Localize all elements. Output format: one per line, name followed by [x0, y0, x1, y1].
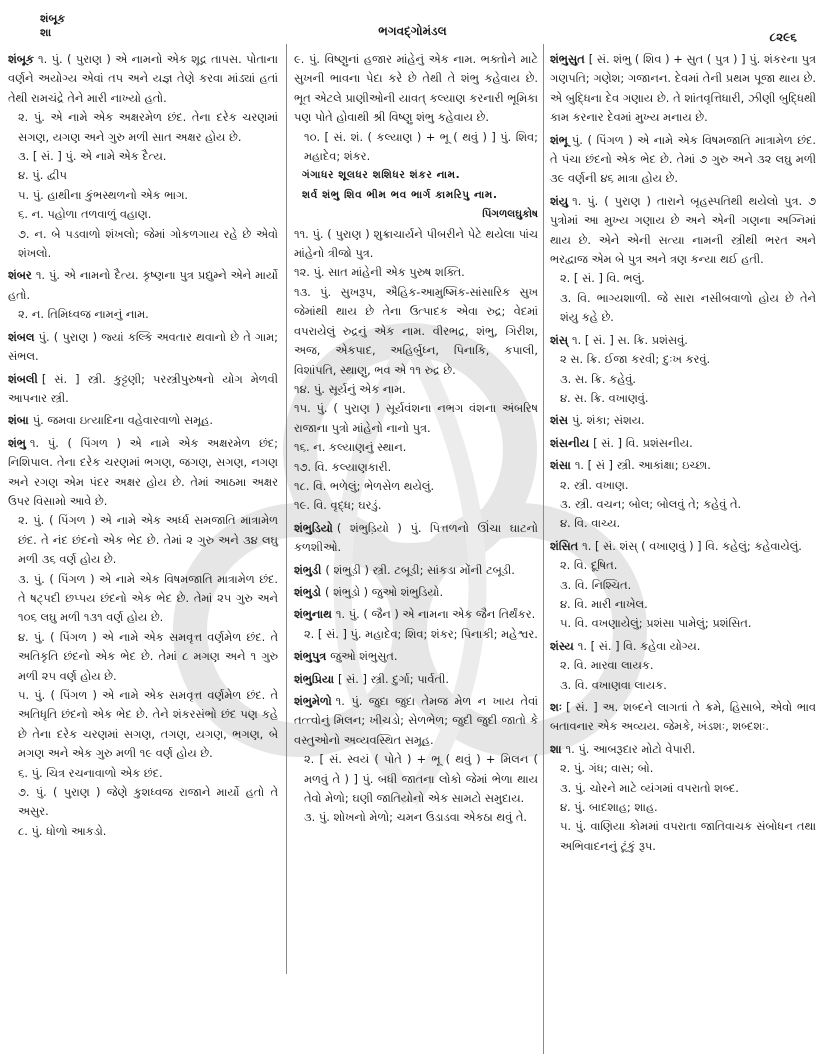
dictionary-entry: ૯. પું. વિષ્ણુનાં હજાર માંહેનું એક નામ. …: [294, 50, 538, 516]
sense-definition: પું. શંકા; સંશય.: [572, 413, 645, 427]
headword: શંસા: [550, 458, 571, 472]
headword: શંબલી: [8, 372, 38, 386]
dictionary-entry: શંભુનાથ૧. પું. ( જૈન ) એ નામના એક જૈન તિ…: [294, 605, 538, 644]
sense-definition: [ સં. ] વિ. પ્રશંસનીય.: [593, 436, 693, 450]
headword: શંસનીય: [550, 436, 589, 450]
sense-definition: ૧. પું. ( પુરાણ ) તારાને બૃહસ્પતિથી થયેલ…: [550, 194, 816, 266]
dictionary-entry: શંભુડિયો( શંભુડ઼િયો ) પું. પિત્તળનો ઊંચા…: [294, 519, 538, 558]
sense-definition: ૩. પું. ચોરને માટે વ્યંગમાં વપરાતો શબ્દ.: [550, 779, 816, 798]
sense-definition: ૨. પું. ( પિંગળ ) એ નામે એક અર્ધ્ધ સમજાત…: [8, 511, 278, 569]
sense-definition: ૪. પું. ( પિંગળ ) એ નામે એક સમવૃત્ત વર્ણ…: [8, 628, 278, 686]
sense-definition: ૧. પું. આબરૂદાર મોટો વેપારી.: [566, 742, 696, 756]
sense-definition: ૧. [ સં. ] વિ. કહેવા યોગ્ય.: [578, 639, 701, 653]
sense-definition: ૫. પું. હાથીના કુંભસ્થળનો એક ભાગ.: [8, 186, 278, 205]
sense-definition: ૨ સ. ક્રિ. ઈજા કરવી; દુઃખ કરવું.: [550, 350, 816, 369]
dictionary-entry: શંભુપુત્રજુઓ શંભુસુત.: [294, 647, 538, 666]
sense-definition: ૨. પું. ગંધ; વાસ; બો.: [550, 759, 816, 778]
sense-definition: ૩. પું. શોખનો મેળો; ચમન ઉડાડવા એકઠા થવું…: [294, 808, 538, 827]
dictionary-entry: શા૧. પું. આબરૂદાર મોટો વેપારી.૨. પું. ગં…: [550, 740, 816, 856]
sense-definition: ૧૬. ન. કલ્યાણનું સ્થાન.: [294, 438, 538, 457]
sense-definition: ૧૩. પું. સુખરૂપ, ઐહિક-આમુષ્મિક-સાંસારિક …: [294, 283, 538, 380]
dictionary-entry: શંબલપું. ( પુરાણ ) જ્યાં કલ્કિ અવતાર થવા…: [8, 328, 278, 367]
dictionary-entry: શંબર૧. પું. એ નામનો દૈત્ય. કૃષ્ણના પુત્ર…: [8, 266, 278, 324]
dictionary-entry: શઃ[ સં. ] અ. શબ્દને લાગતાં તે ક્રમે, હિસ…: [550, 698, 816, 737]
headword: શંભુમેળો: [294, 694, 332, 708]
sense-definition: ૫. વિ. વખણાયેલું; પ્રશંસા પામેલું; પ્રશં…: [550, 614, 816, 633]
sense-definition: ૩. સ્ત્રી. વચન; બોલ; બોલવું તે; કહેવું ત…: [550, 495, 816, 514]
sense-definition: ૪. વિ. મારી નાખેલ.: [550, 595, 816, 614]
page-header: શંબૂક શા ભગવદ્ગોમંડલ ૮૨૯૬: [0, 0, 825, 42]
headword: શંભૂ: [550, 133, 568, 147]
sense-definition: ૩. [ સં. ] પું. એ નામે એક દૈત્ય.: [8, 147, 278, 166]
column-1: શંબૂક૧. પું. ( પુરાણ ) એ નામનો એક શૂદ્ર …: [8, 50, 278, 844]
dictionary-entry: શંસા૧. [ સં ] સ્ત્રી. આકાંક્ષા; ઇચ્છા.૨.…: [550, 456, 816, 534]
sense-definition: ૪. પું. દ્વીપ: [8, 166, 278, 185]
sense-definition: ૨. ન. તિમિધ્વજ નામનું નામ.: [8, 305, 278, 324]
sense-definition: ૨. [ સં. સ્વયં ( પોતે ) + ભૂ ( થવું ) + …: [294, 750, 538, 808]
column-3: શંભુસુત[ સં. શંભુ ( શિવ ) + સુત ( પુત્ર …: [550, 50, 816, 859]
headword: શંભુપ્રિયા: [294, 672, 334, 686]
sense-definition: ૬. પું. ચિત્ર રચનાવાળો એક છંદ.: [8, 764, 278, 783]
sense-definition: ( શંભુડ઼ો ) જુઓ શંભુડિયો.: [325, 585, 443, 599]
sense-definition: ૫. પું. ( પિંગળ ) એ નામે એક સમવૃત્ત વર્ણ…: [8, 686, 278, 764]
dictionary-entry: શંભુ૧. પું. ( પિંગળ ) એ નામે એક અક્ષરમેળ…: [8, 434, 278, 842]
dictionary-entry: શંબાપું. જમવા ઇત્યાદિના વહેવારવાળો સમૂહ.: [8, 411, 278, 430]
dictionary-entry: શંભુપ્રિયા[ સં. ] સ્ત્રી. દુર્ગા; પાર્વત…: [294, 670, 538, 689]
dictionary-entry: શંભુડો( શંભુડ઼ો ) જુઓ શંભુડિયો.: [294, 583, 538, 602]
sense-definition: ૯. પું. વિષ્ણુનાં હજાર માંહેનું એક નામ. …: [294, 50, 538, 128]
sense-definition: ૪. પું. બાદશાહ; શાહ.: [550, 798, 816, 817]
dictionary-entry: શંસ્૧. [ સં. ] સ. ક્રિ. પ્રશંસવું.૨ સ. ક…: [550, 331, 816, 409]
dictionary-entry: શંસિત૧. [ સં. શંસ્ ( વખાણવું ) ] વિ. કહે…: [550, 537, 816, 634]
dictionary-entry: શંભુસુત[ સં. શંભુ ( શિવ ) + સુત ( પુત્ર …: [550, 50, 816, 128]
sense-definition: ૧૫. પું. ( પુરાણ ) સૂર્યવંશના નભગ વંશના …: [294, 399, 538, 438]
verse-line: ગંગાધર શૂલધર શશિધર શંકર નામ.: [294, 166, 538, 185]
sense-definition: [ સં. શંભુ ( શિવ ) + સુત ( પુત્ર ) ] પું…: [550, 52, 816, 124]
sense-definition: ૧. [ સં. શંસ્ ( વખાણવું ) ] વિ. કહેલું; …: [582, 539, 802, 553]
headword: શંભુ: [8, 436, 26, 450]
sense-definition: ૨. વિ. મારવા લાયક.: [550, 656, 816, 675]
sense-definition: ૧. [ સં ] સ્ત્રી. આકાંક્ષા; ઇચ્છા.: [575, 458, 711, 472]
headword: શંબૂક: [8, 52, 34, 66]
page-number: ૮૨૯૬: [770, 30, 797, 45]
dictionary-entry: શંભુમેળો૧. પું. જુદા જુદા તેમજ મેળ ન ખાય…: [294, 692, 538, 828]
sense-definition: [ સં. ] સ્ત્રી. કુટ્ટણી; પરસ્ત્રીપુરુષનો…: [8, 372, 278, 405]
headword: શંબલ: [8, 330, 35, 344]
sense-definition: ૨. [ સં. ] વિ. ભલું.: [550, 269, 816, 288]
sense-definition: ૧. પું. ( પિંગળ ) એ નામે એક અક્ષરમેળ છંદ…: [8, 436, 278, 508]
sense-definition: [ સં. ] અ. શબ્દને લાગતાં તે ક્રમે, હિસાબ…: [550, 700, 816, 733]
sense-definition: ૪. સ. ક્રિ. વખાણવું.: [550, 389, 816, 408]
headword: શંભુપુત્ર: [294, 649, 326, 663]
dictionary-entry: શંસપું. શંકા; સંશય.: [550, 411, 816, 430]
sense-definition: ૩. સ. ક્રિ. કહેવું.: [550, 370, 816, 389]
headword: શંભુડી: [294, 563, 321, 577]
sense-definition: ૧. [ સં. ] સ. ક્રિ. પ્રશંસવું.: [572, 333, 688, 347]
dictionary-entry: શંબલી[ સં. ] સ્ત્રી. કુટ્ટણી; પરસ્ત્રીપુ…: [8, 370, 278, 409]
column-divider: [543, 44, 544, 1054]
sense-definition: ૨. વિ. દૂષિત.: [550, 556, 816, 575]
sense-definition: [ સં. ] સ્ત્રી. દુર્ગા; પાર્વતી.: [338, 672, 449, 686]
sense-definition: ૧. પું. એ નામનો દૈત્ય. કૃષ્ણના પુત્ર પ્ર…: [8, 268, 278, 301]
dictionary-entry: શંબૂક૧. પું. ( પુરાણ ) એ નામનો એક શૂદ્ર …: [8, 50, 278, 263]
sense-definition: ૫. પું. વાણિયા કોમમાં વપરાતા જાતિવાચક સં…: [550, 817, 816, 856]
sense-definition: ૩. વિ. ભાગ્યશાળી. જે સારા નસીબવાળો હોય છ…: [550, 289, 816, 328]
sense-definition: ૧૨. પું. સાત માંહેની એક પુરુષ શક્તિ.: [294, 263, 538, 282]
dictionary-entry: શંયુ૧. પું. ( પુરાણ ) તારાને બૃહસ્પતિથી …: [550, 192, 816, 328]
headword: શંયુ: [550, 194, 568, 208]
headword: શંભુનાથ: [294, 607, 332, 621]
headword: શઃ: [550, 700, 562, 714]
headword: શંસ્ય: [550, 639, 574, 653]
sense-definition: ૩. પું. ( પિંગળ ) એ નામે એક વિષમજાતિ માત…: [8, 570, 278, 628]
sense-definition: ૧૮. વિ. ભળેલું; ભેળસેળ થયેલું.: [294, 477, 538, 496]
headword: શંસ: [550, 413, 568, 427]
sense-definition: ૧૭. વિ. કલ્યાણકારી.: [294, 458, 538, 477]
sense-definition: ૧૪. પું. સૂર્યનું એક નામ.: [294, 380, 538, 399]
sense-definition: ૨. [ સં. ] પું. મહાદેવ; શિવ; શંકર; પિનાક…: [294, 625, 538, 644]
sense-definition: ૧૦. [ સં. શં. ( કલ્યાણ ) + ભૂ ( થવું ) ]…: [294, 128, 538, 167]
verse-citation: પિંગળલઘુકોષ: [294, 205, 538, 224]
dictionary-entry: શંસ્ય૧. [ સં. ] વિ. કહેવા યોગ્ય.૨. વિ. મ…: [550, 637, 816, 695]
column-divider: [286, 44, 287, 974]
sense-definition: ૭. ન. બે પડવાળો શંખલો; જેમાં ગોકળગાય રહે…: [8, 225, 278, 264]
sense-definition: ૩. વિ. નિશ્ચિત.: [550, 576, 816, 595]
headword: શંભુડિયો: [294, 521, 333, 535]
sense-definition: ૩. વિ. વખાણવા લાયક.: [550, 676, 816, 695]
dictionary-entry: શંસનીય[ સં. ] વિ. પ્રશંસનીય.: [550, 434, 816, 453]
sense-definition: જુઓ શંભુસુત.: [330, 649, 397, 663]
sense-definition: ૮. પું. ધોળો આકડો.: [8, 822, 278, 841]
sense-definition: ૧. પું. ( પુરાણ ) એ નામનો એક શૂદ્ર તાપસ.…: [8, 52, 278, 105]
sense-definition: ૨. સ્ત્રી. વખાણ.: [550, 476, 816, 495]
dictionary-entry: શંભૂપું. ( પિંગળ ) એ નામે એક વિષમજાતિ મા…: [550, 131, 816, 189]
headword: શા: [550, 742, 562, 756]
sense-definition: પું. ( પુરાણ ) જ્યાં કલ્કિ અવતાર થવાનો છ…: [8, 330, 278, 363]
sense-definition: પું. ( પિંગળ ) એ નામે એક વિષમજાતિ માત્રા…: [550, 133, 816, 186]
sense-definition: ૧૯. વિ. વૃદ્ધ; ઘરડું.: [294, 496, 538, 515]
headword: શંસિત: [550, 539, 578, 553]
sense-definition: ( શંભુડ઼ી ) સ્ત્રી. ટબૂડી; સાંકડા મોંની …: [325, 563, 515, 577]
sense-definition: ૨. પું. એ નામે એક અક્ષરમેળ છંદ. તેના દરે…: [8, 108, 278, 147]
verse-line: શર્વ શંભુ શિવ ભીમ ભવ ભાર્ગ કામરિપુ નામ.: [294, 186, 538, 205]
sense-definition: ૧. પું. ( જૈન ) એ નામના એક જૈન તિર્થંકર.: [336, 607, 535, 621]
sense-definition: ૪. વિ. વાચ્ય.: [550, 514, 816, 533]
headword: શંબા: [8, 413, 29, 427]
headword: શંભુડો: [294, 585, 321, 599]
sense-definition: ૬. ન. પહોળા તળવાળું વહાણ.: [8, 205, 278, 224]
headword: શંસ્: [550, 333, 568, 347]
sense-definition: ૭. પું. ( પુરાણ ) જેણે કુશધ્વજ રાજાને મા…: [8, 783, 278, 822]
dictionary-entry: શંભુડી( શંભુડ઼ી ) સ્ત્રી. ટબૂડી; સાંકડા …: [294, 561, 538, 580]
headword: શંભુસુત: [550, 52, 585, 66]
column-2: ૯. પું. વિષ્ણુનાં હજાર માંહેનું એક નામ. …: [294, 50, 538, 831]
sense-definition: ૧૧. પું. ( પુરાણ ) શુક્રાચાર્યને પીબરીને…: [294, 225, 538, 264]
sense-definition: પું. જમવા ઇત્યાદિના વહેવારવાળો સમૂહ.: [33, 413, 213, 427]
page-title: ભગવદ્ગોમંડલ: [0, 24, 825, 39]
headword: શંબર: [8, 268, 32, 282]
